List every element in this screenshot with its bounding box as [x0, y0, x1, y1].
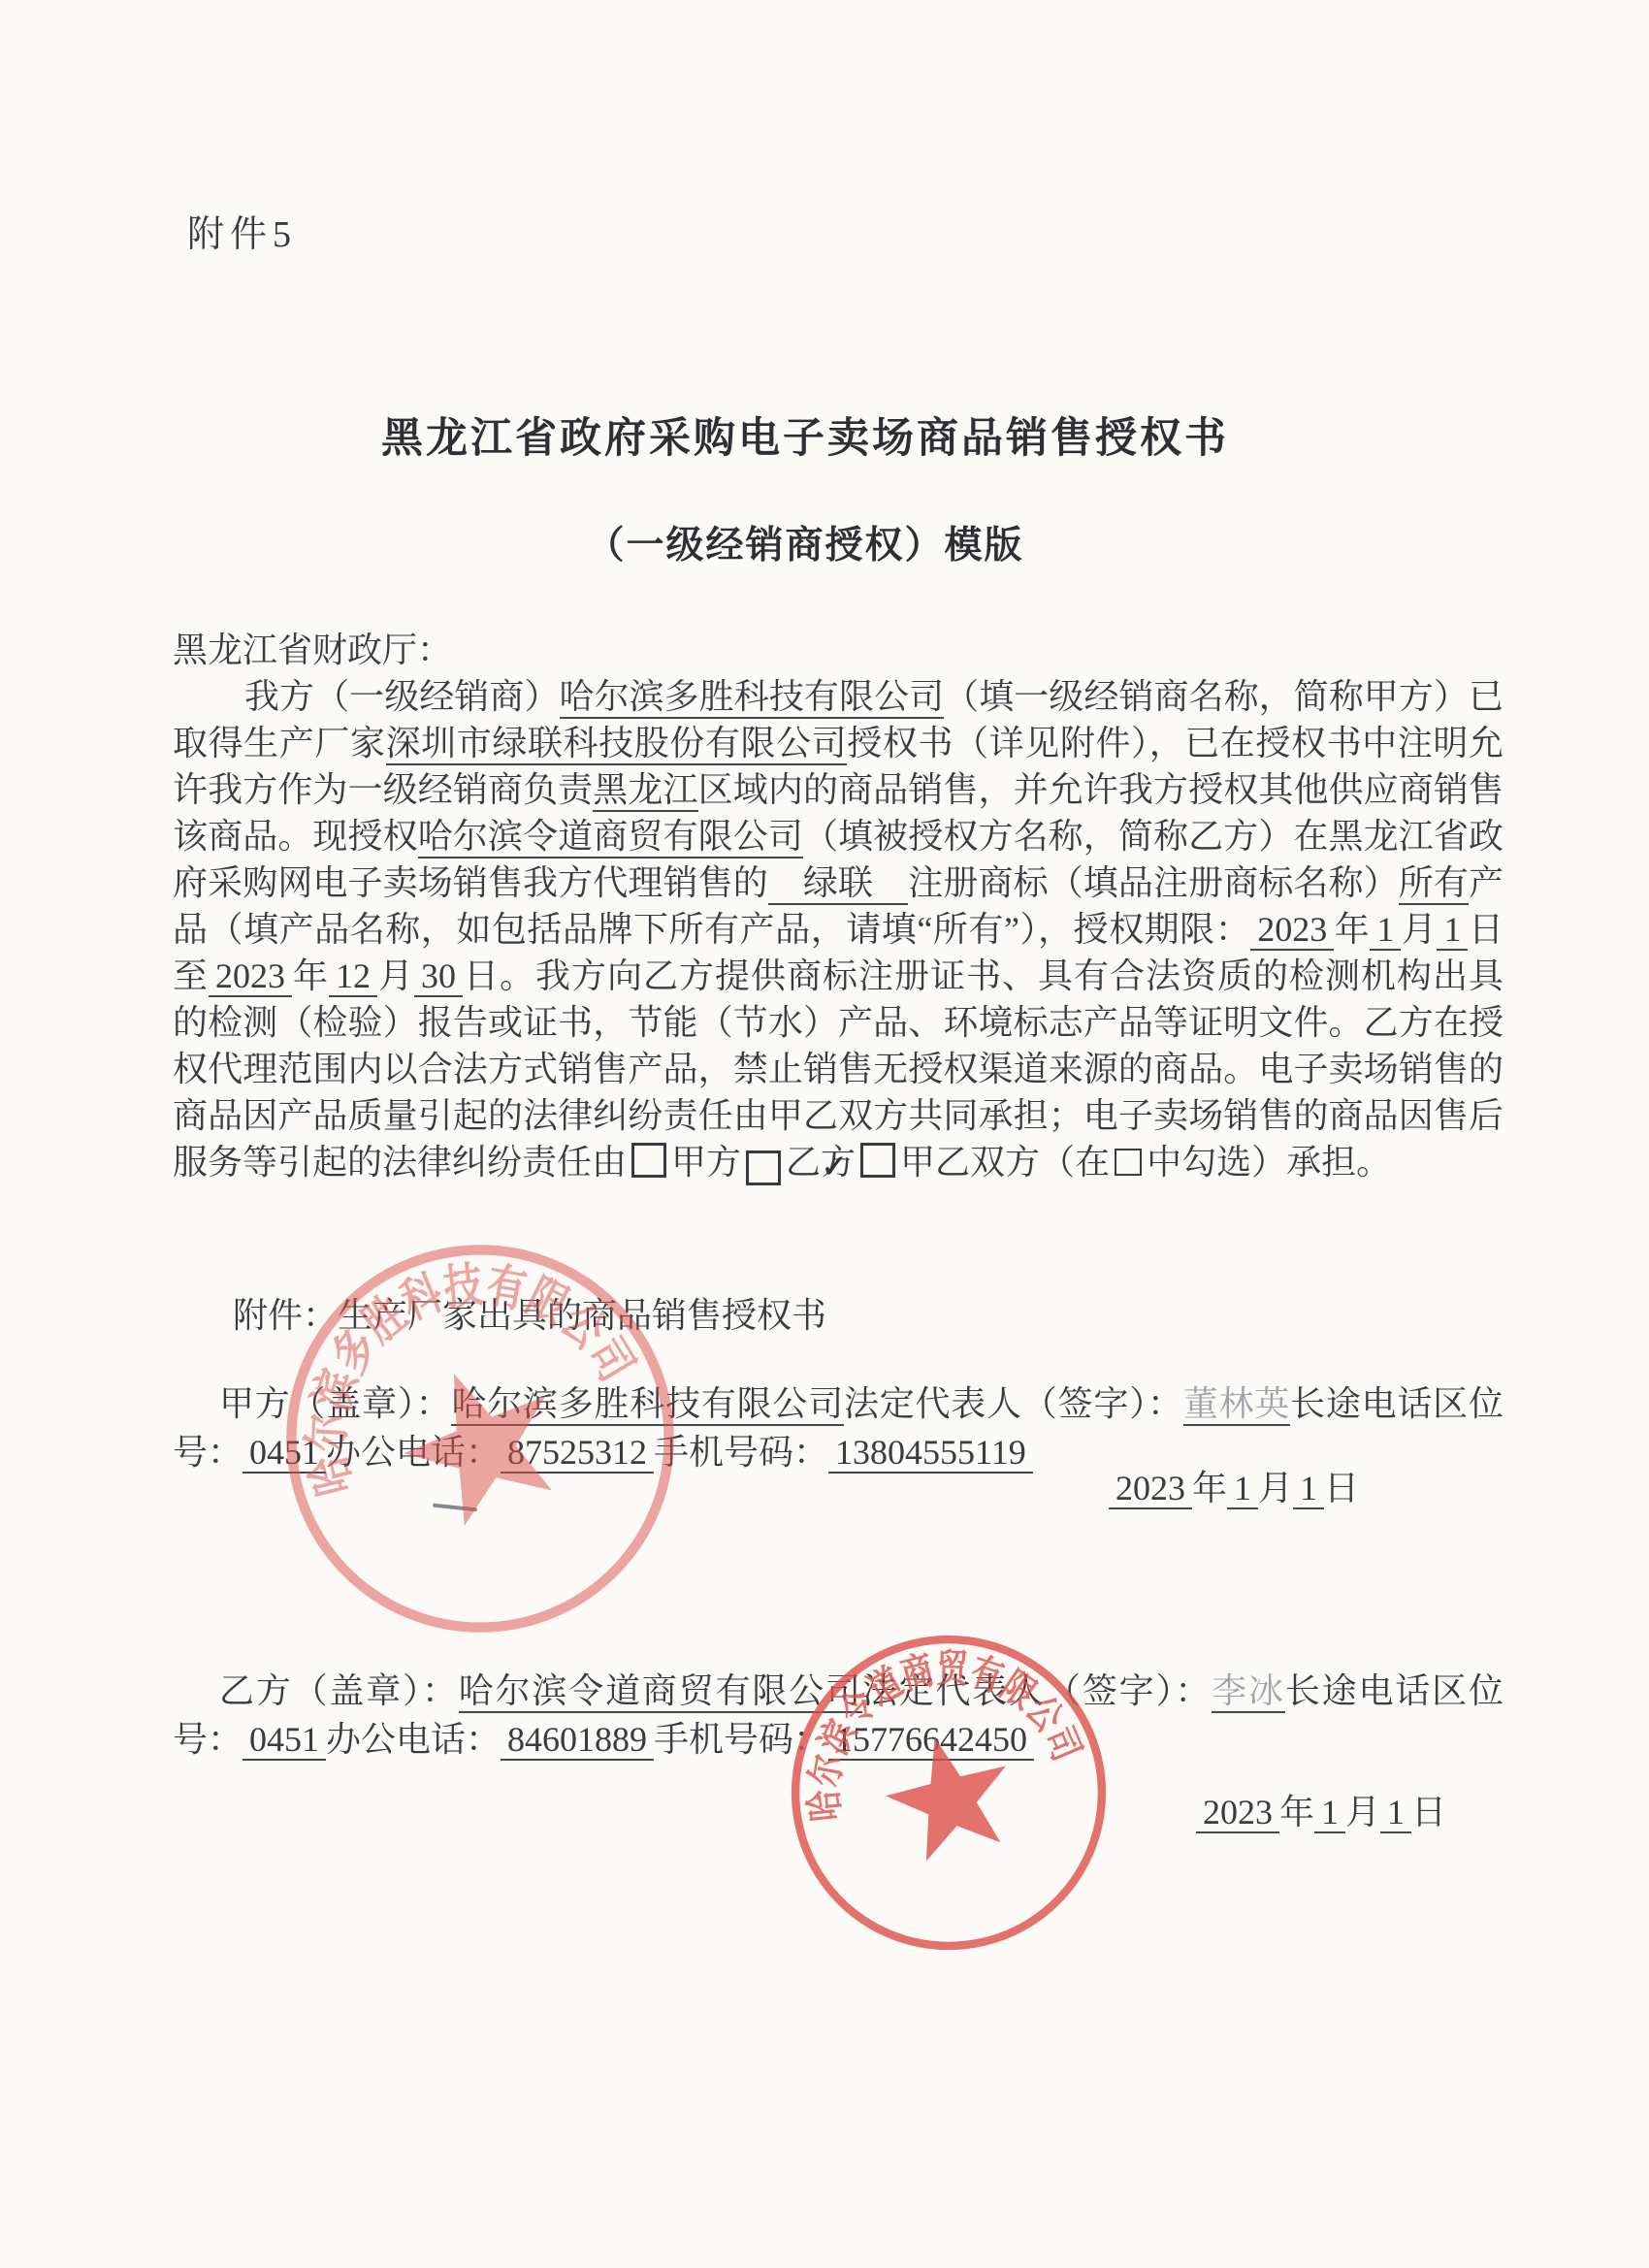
attachment-label: 附件5 [187, 204, 297, 257]
product-scope: 所有 [1399, 863, 1469, 905]
date-unit: 月 [1258, 1469, 1293, 1507]
body-text: 年 [292, 956, 329, 995]
party-a-company-name: 哈尔滨多胜科技有限公司 [451, 1384, 844, 1426]
first-dealer-name: 哈尔滨多胜科技有限公司 [560, 677, 945, 719]
date-unit: 日 [1411, 1793, 1446, 1831]
body-text: 年 [1334, 910, 1370, 949]
attachment-note: 附件：生产厂家出具的商品销售授权书 [233, 1288, 826, 1338]
checkbox-option-yifang-checked: ✓ [746, 1150, 781, 1185]
date-year: 2023 [1109, 1469, 1192, 1509]
handwritten-mark [433, 1504, 477, 1512]
body-text: 月 [377, 956, 414, 995]
region-name: 黑龙江 [593, 770, 697, 812]
party-b-block: 乙方（盖章）：哈尔滨令道商贸有限公司法定代表人（签字）：李冰长途电话区位号：04… [173, 1667, 1503, 1764]
party-b-label: 乙方（盖章）： [219, 1671, 459, 1710]
end-day: 30 [414, 956, 463, 997]
checkbox-option-both [860, 1143, 895, 1178]
start-year: 2023 [1250, 910, 1334, 951]
date-unit: 日 [1324, 1469, 1359, 1507]
salutation: 黑龙江省财政厅： [173, 627, 1503, 673]
document-subtitle: （一级经销商授权）模版 [68, 515, 1542, 569]
legal-rep-label: 法定代表人（签字）： [844, 1384, 1183, 1423]
trademark-name: 绿联 [768, 863, 908, 905]
party-b-paragraph: 乙方（盖章）：哈尔滨令道商贸有限公司法定代表人（签字）：李冰长途电话区位号：04… [173, 1667, 1503, 1764]
company-seal-party-b: 哈尔滨令道商贸有限公司 [751, 1595, 1146, 1990]
body-text: 中勾选）承担。 [1147, 1143, 1391, 1182]
document-page: 附件5 黑龙江省政府采购电子卖场商品销售授权书 （一级经销商授权）模版 黑龙江省… [0, 0, 1649, 2268]
start-day: 1 [1437, 910, 1468, 951]
mobile-label: 手机号码： [654, 1720, 828, 1759]
date-month: 1 [1314, 1793, 1345, 1833]
party-a-office-phone: 87525312 [501, 1433, 654, 1474]
party-b-office-phone: 84601889 [501, 1720, 654, 1761]
seal-ring [763, 1607, 1135, 1979]
body-text: 月 [1401, 910, 1437, 949]
body-paragraph: 我方（一级经销商）哈尔滨多胜科技有限公司（填一级经销商名称，简称甲方）已取得生产… [173, 673, 1503, 1185]
date-unit: 年 [1192, 1469, 1227, 1507]
document-body: 黑龙江省财政厅： 我方（一级经销商）哈尔滨多胜科技有限公司（填一级经销商名称，简… [173, 627, 1503, 1185]
party-b-signature: 李冰 [1212, 1671, 1285, 1713]
body-text: （在 [1040, 1143, 1110, 1182]
party-a-signature: 董林英 [1183, 1384, 1290, 1426]
checkbox-option-jiafang [631, 1143, 666, 1178]
date-day: 1 [1380, 1793, 1411, 1833]
document-title: 黑龙江省政府采购电子卖场商品销售授权书 [68, 405, 1542, 465]
date-day: 1 [1293, 1469, 1324, 1509]
date-unit: 月 [1345, 1793, 1380, 1831]
option-label-yifang: 乙方 [786, 1143, 856, 1182]
body-text: 我方（一级经销商） [244, 677, 560, 716]
party-b-mobile: 15776642450 [828, 1720, 1034, 1761]
option-label-jiafang: 甲方 [671, 1143, 741, 1182]
party-b-company-name: 哈尔滨令道商贸有限公司 [459, 1671, 862, 1713]
legal-rep-label: 法定代表人（签字）： [862, 1671, 1212, 1710]
party-a-date: 2023年1月1日 [1109, 1461, 1359, 1510]
manufacturer-name: 深圳市绿联科技股份有限公司 [386, 724, 848, 765]
office-phone-label: 办公电话： [326, 1720, 501, 1759]
date-unit: 年 [1279, 1793, 1314, 1831]
date-year: 2023 [1196, 1793, 1279, 1833]
end-month: 12 [329, 956, 377, 997]
start-month: 1 [1370, 910, 1401, 951]
date-month: 1 [1227, 1469, 1258, 1509]
office-phone-label: 办公电话： [326, 1433, 501, 1472]
option-label-both: 甲乙双方 [900, 1143, 1040, 1182]
authorized-company-name: 哈尔滨令道商贸有限公司 [418, 817, 803, 859]
party-b-date: 2023年1月1日 [1196, 1785, 1446, 1834]
mobile-label: 手机号码： [654, 1433, 828, 1472]
party-a-label: 甲方（盖章）： [219, 1384, 451, 1423]
body-text: 注册商标（填品注册商标名称） [908, 863, 1398, 902]
party-a-area-code: 0451 [242, 1433, 326, 1474]
end-year: 2023 [209, 956, 292, 997]
party-a-mobile: 13804555119 [828, 1433, 1033, 1474]
checkbox-sample-icon [1115, 1149, 1142, 1176]
party-b-area-code: 0451 [242, 1720, 326, 1761]
